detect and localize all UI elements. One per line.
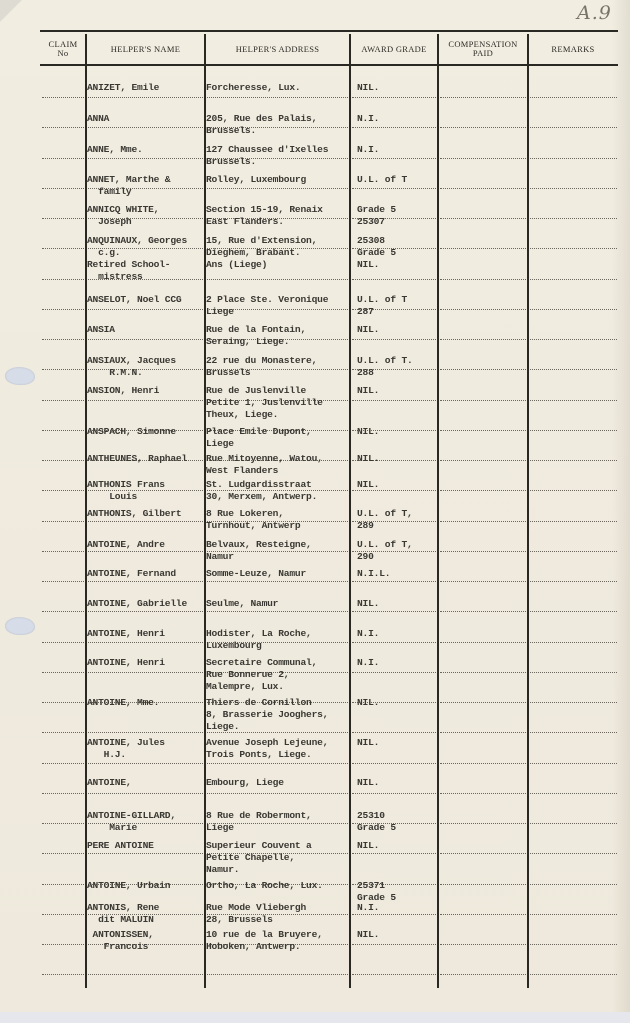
- cell-award-grade: NIL.: [357, 840, 439, 852]
- cell-helper-address: 22 rue du Monastere, Brussels: [206, 355, 352, 379]
- ruled-line: [440, 490, 526, 491]
- ruled-line: [530, 702, 617, 703]
- ruled-line: [440, 188, 526, 189]
- ruled-line: [440, 248, 526, 249]
- cell-helper-address: 15, Rue d'Extension, Dieghem, Brabant. A…: [206, 235, 352, 271]
- cell-award-grade: U.L. of T, 289: [357, 508, 439, 532]
- cell-award-grade: U.L. of T: [357, 174, 439, 186]
- column-divider: [437, 34, 439, 64]
- column-divider: [204, 34, 206, 64]
- cell-helper-address: Superieur Couvent a Petite Chapelle, Nam…: [206, 840, 352, 876]
- cell-award-grade: NIL.: [357, 697, 439, 709]
- column-header-helper-name: HELPER'S NAME: [86, 36, 205, 62]
- cell-helper-name: ANTOINE, Urbain: [87, 880, 205, 892]
- cell-helper-name: ANSIA: [87, 324, 205, 336]
- ruled-line: [42, 884, 84, 885]
- ruled-line: [530, 763, 617, 764]
- ruled-line: [42, 127, 84, 128]
- ruled-line: [352, 672, 436, 673]
- ruled-line: [530, 339, 617, 340]
- cell-helper-address: Ortho, La Roche, Lux.: [206, 880, 352, 892]
- ruled-line: [88, 339, 203, 340]
- ruled-line: [530, 97, 617, 98]
- cell-award-grade: U.L. of T, 290: [357, 539, 439, 563]
- ruled-line: [88, 158, 203, 159]
- ruled-line: [207, 279, 348, 280]
- cell-helper-name: ANTOINE,: [87, 777, 205, 789]
- ruled-line: [207, 611, 348, 612]
- cell-helper-address: Thiers de Cornillon 8, Brasserie Joogher…: [206, 697, 352, 733]
- cell-award-grade: 25371 Grade 5: [357, 880, 439, 904]
- cell-helper-name: ANTHONIS, Gilbert: [87, 508, 205, 520]
- cell-award-grade: N.I.: [357, 628, 439, 640]
- cell-helper-name: ANSELOT, Noel CCG: [87, 294, 205, 306]
- cell-helper-address: Secretaire Communal, Rue Bonnerue 2, Mal…: [206, 657, 352, 693]
- ruled-line: [352, 974, 436, 975]
- cell-award-grade: NIL.: [357, 324, 439, 336]
- ruled-line: [207, 581, 348, 582]
- cell-helper-name: ANNET, Marthe & family: [87, 174, 205, 198]
- ruled-line: [440, 430, 526, 431]
- ruled-line: [440, 97, 526, 98]
- ruled-line: [530, 400, 617, 401]
- cell-helper-name: ANTOINE, Mme.: [87, 697, 205, 709]
- cell-helper-name: ANTHEUNES, Raphael: [87, 453, 205, 465]
- ruled-line: [42, 460, 84, 461]
- cell-award-grade: NIL.: [357, 385, 439, 397]
- cell-award-grade: NIL.: [357, 737, 439, 749]
- cell-helper-address: Hodister, La Roche, Luxembourg: [206, 628, 352, 652]
- ruled-line: [440, 642, 526, 643]
- ruled-line: [440, 884, 526, 885]
- ruled-line: [530, 732, 617, 733]
- ruled-line: [440, 127, 526, 128]
- ruled-line: [352, 611, 436, 612]
- ruled-line: [88, 97, 203, 98]
- ruled-line: [440, 521, 526, 522]
- cell-award-grade: Grade 5 25307: [357, 204, 439, 228]
- column-divider: [527, 34, 529, 64]
- folded-corner: [0, 0, 22, 22]
- ruled-line: [88, 581, 203, 582]
- cell-helper-name: ANTOINE-GILLARD, Marie: [87, 810, 205, 834]
- header-rule: [40, 64, 618, 66]
- cell-award-grade: NIL.: [357, 598, 439, 610]
- cell-award-grade: N.I.: [357, 657, 439, 669]
- ruled-line: [88, 732, 203, 733]
- cell-award-grade: NIL.: [357, 82, 439, 94]
- ruled-line: [42, 793, 84, 794]
- cell-helper-address: 8 Rue Lokeren, Turnhout, Antwerp: [206, 508, 352, 532]
- ruled-line: [88, 400, 203, 401]
- ruled-line: [42, 974, 84, 975]
- ruled-line: [530, 551, 617, 552]
- cell-award-grade: U.L. of T 287: [357, 294, 439, 318]
- cell-helper-name: ANTOINE, Andre: [87, 539, 205, 551]
- ruled-line: [352, 97, 436, 98]
- ruled-line: [42, 732, 84, 733]
- ruled-line: [42, 97, 84, 98]
- column-header-award-grade: AWARD GRADE: [350, 36, 438, 62]
- ruled-line: [530, 944, 617, 945]
- ruled-line: [352, 642, 436, 643]
- ruled-line: [42, 551, 84, 552]
- cell-helper-name: ANTONISSEN, Francois: [87, 929, 205, 953]
- ruled-line: [42, 521, 84, 522]
- ruled-line: [352, 400, 436, 401]
- cell-award-grade: N.I.: [357, 144, 439, 156]
- cell-helper-name: ANTONIS, Rene dit MALUIN: [87, 902, 205, 926]
- cell-helper-address: Forcheresse, Lux.: [206, 82, 352, 94]
- ruled-line: [88, 672, 203, 673]
- column-header-remarks: REMARKS: [528, 36, 618, 62]
- ruled-line: [42, 339, 84, 340]
- cell-helper-address: Embourg, Liege: [206, 777, 352, 789]
- ruled-line: [530, 248, 617, 249]
- punch-hole: [5, 617, 35, 635]
- ruled-line: [42, 430, 84, 431]
- ruled-line: [88, 127, 203, 128]
- ruled-line: [42, 309, 84, 310]
- ruled-line: [530, 974, 617, 975]
- cell-award-grade: NIL.: [357, 479, 439, 491]
- ruled-line: [530, 521, 617, 522]
- document-page: A.9 CLAIM NoHELPER'S NAMEHELPER'S ADDRES…: [0, 0, 630, 1012]
- cell-award-grade: U.L. of T. 288: [357, 355, 439, 379]
- ruled-line: [88, 642, 203, 643]
- ruled-line: [42, 853, 84, 854]
- cell-award-grade: N.I.L.: [357, 568, 439, 580]
- cell-helper-name: ANNA: [87, 113, 205, 125]
- column-header-claim-no: CLAIM No: [40, 36, 86, 62]
- handwritten-reference: A.9: [577, 2, 612, 24]
- cell-helper-address: Somme-Leuze, Namur: [206, 568, 352, 580]
- ruled-line: [42, 158, 84, 159]
- ruled-line: [530, 823, 617, 824]
- ruled-line: [530, 188, 617, 189]
- cell-helper-address: 2 Place Ste. Veronique Liege: [206, 294, 352, 318]
- ruled-line: [530, 369, 617, 370]
- cell-helper-address: 127 Chaussee d'Ixelles Brussels.: [206, 144, 352, 168]
- cell-helper-address: Seulme, Namur: [206, 598, 352, 610]
- cell-helper-address: Rue de la Fontain, Seraing, Liege.: [206, 324, 352, 348]
- ruled-line: [440, 369, 526, 370]
- cell-helper-name: ANSIAUX, Jacques R.M.N.: [87, 355, 205, 379]
- ruled-line: [207, 974, 348, 975]
- ruled-line: [440, 460, 526, 461]
- column-header-compensation-paid: COMPENSATION PAID: [438, 36, 528, 62]
- ruled-line: [207, 188, 348, 189]
- ruled-line: [440, 309, 526, 310]
- ruled-line: [440, 611, 526, 612]
- ruled-line: [440, 400, 526, 401]
- ruled-line: [88, 763, 203, 764]
- cell-helper-address: Avenue Joseph Lejeune, Trois Ponts, Lieg…: [206, 737, 352, 761]
- cell-helper-name: ANTOINE, Henri: [87, 628, 205, 640]
- ruled-line: [42, 944, 84, 945]
- ruled-line: [530, 309, 617, 310]
- ruled-line: [42, 914, 84, 915]
- ruled-line: [88, 611, 203, 612]
- ruled-line: [530, 672, 617, 673]
- ruled-line: [530, 430, 617, 431]
- ruled-line: [42, 369, 84, 370]
- ruled-line: [88, 974, 203, 975]
- ruled-line: [42, 611, 84, 612]
- ruled-line: [530, 158, 617, 159]
- cell-helper-name: ANNE, Mme.: [87, 144, 205, 156]
- ruled-line: [530, 793, 617, 794]
- ruled-line: [207, 763, 348, 764]
- ruled-line: [42, 702, 84, 703]
- cell-helper-name: ANTOINE, Fernand: [87, 568, 205, 580]
- column-divider: [527, 66, 529, 988]
- ruled-line: [440, 944, 526, 945]
- ruled-line: [88, 521, 203, 522]
- cell-helper-address: St. Ludgardisstraat 30, Merxem, Antwerp.: [206, 479, 352, 503]
- ruled-line: [440, 279, 526, 280]
- ruled-line: [352, 853, 436, 854]
- cell-helper-address: Rolley, Luxembourg: [206, 174, 352, 186]
- cell-helper-name: ANQUINAUX, Georges c.g. Retired School- …: [87, 235, 205, 283]
- page-edge: [0, 1012, 630, 1023]
- cell-helper-address: Rue Mitoyenne, Watou, West Flanders: [206, 453, 352, 477]
- cell-award-grade: NIL.: [357, 929, 439, 941]
- ruled-line: [440, 732, 526, 733]
- ruled-line: [88, 793, 203, 794]
- ruled-line: [530, 884, 617, 885]
- ruled-line: [440, 581, 526, 582]
- column-header-helper-address: HELPER'S ADDRESS: [205, 36, 350, 62]
- ruled-line: [352, 188, 436, 189]
- column-divider: [349, 34, 351, 64]
- ruled-line: [530, 218, 617, 219]
- ruled-line: [440, 672, 526, 673]
- cell-award-grade: 25310 Grade 5: [357, 810, 439, 834]
- ruled-line: [42, 279, 84, 280]
- punch-hole: [5, 367, 35, 385]
- cell-helper-address: 8 Rue de Robermont, Liege: [206, 810, 352, 834]
- cell-helper-name: PERE ANTOINE: [87, 840, 205, 852]
- cell-helper-name: ANSION, Henri: [87, 385, 205, 397]
- cell-helper-address: Rue Mode Vliebergh 28, Brussels: [206, 902, 352, 926]
- cell-award-grade: N.I.: [357, 113, 439, 125]
- cell-helper-name: ANTHONIS Frans Louis: [87, 479, 205, 503]
- ruled-line: [530, 460, 617, 461]
- cell-helper-address: 10 rue de la Bruyere, Hoboken, Antwerp.: [206, 929, 352, 953]
- ruled-line: [352, 763, 436, 764]
- cell-helper-name: ANNICQ WHITE, Joseph: [87, 204, 205, 228]
- ruled-line: [352, 581, 436, 582]
- ruled-line: [42, 490, 84, 491]
- ruled-line: [530, 490, 617, 491]
- ruled-line: [530, 279, 617, 280]
- ruled-line: [440, 158, 526, 159]
- ruled-line: [530, 581, 617, 582]
- ruled-line: [42, 763, 84, 764]
- cell-helper-address: Section 15-19, Renaix East Flanders.: [206, 204, 352, 228]
- ruled-line: [440, 339, 526, 340]
- ruled-line: [88, 551, 203, 552]
- cell-helper-address: Rue de Juslenville Petite 1, Juslenville…: [206, 385, 352, 421]
- ruled-line: [440, 218, 526, 219]
- cell-award-grade: 25308 Grade 5 NIL.: [357, 235, 439, 271]
- ruled-line: [440, 763, 526, 764]
- ruled-line: [42, 642, 84, 643]
- ruled-line: [42, 672, 84, 673]
- cell-helper-name: ANSPACH, Simonne: [87, 426, 205, 438]
- cell-helper-name: ANTOINE, Gabrielle: [87, 598, 205, 610]
- cell-award-grade: N.I.: [357, 902, 439, 914]
- ruled-line: [42, 581, 84, 582]
- ruled-line: [530, 642, 617, 643]
- ruled-line: [352, 944, 436, 945]
- ruled-line: [440, 853, 526, 854]
- ruled-line: [530, 853, 617, 854]
- ruled-line: [440, 823, 526, 824]
- ruled-line: [352, 158, 436, 159]
- ruled-line: [440, 793, 526, 794]
- cell-helper-address: Belvaux, Resteigne, Namur: [206, 539, 352, 563]
- ruled-line: [88, 309, 203, 310]
- ruled-line: [440, 974, 526, 975]
- ruled-line: [42, 400, 84, 401]
- ruled-line: [530, 127, 617, 128]
- top-rule: [40, 30, 618, 32]
- ruled-line: [440, 914, 526, 915]
- ruled-line: [207, 97, 348, 98]
- cell-helper-address: 205, Rue des Palais, Brussels.: [206, 113, 352, 137]
- cell-award-grade: NIL.: [357, 453, 439, 465]
- ruled-line: [352, 793, 436, 794]
- column-divider: [85, 34, 87, 64]
- cell-award-grade: NIL.: [357, 777, 439, 789]
- ruled-line: [88, 853, 203, 854]
- cell-helper-name: ANIZET, Emile: [87, 82, 205, 94]
- ruled-line: [352, 732, 436, 733]
- cell-helper-address: Place Emile Dupont, Liege: [206, 426, 352, 450]
- ruled-line: [530, 914, 617, 915]
- ruled-line: [207, 793, 348, 794]
- ruled-line: [42, 218, 84, 219]
- ruled-line: [352, 279, 436, 280]
- ruled-line: [440, 551, 526, 552]
- cell-award-grade: NIL.: [357, 426, 439, 438]
- ruled-line: [42, 248, 84, 249]
- ruled-line: [42, 823, 84, 824]
- ruled-line: [530, 611, 617, 612]
- ruled-line: [352, 127, 436, 128]
- ruled-line: [440, 702, 526, 703]
- ruled-line: [352, 339, 436, 340]
- ruled-line: [352, 914, 436, 915]
- ruled-line: [42, 188, 84, 189]
- cell-helper-name: ANTOINE, Henri: [87, 657, 205, 669]
- cell-helper-name: ANTOINE, Jules H.J.: [87, 737, 205, 761]
